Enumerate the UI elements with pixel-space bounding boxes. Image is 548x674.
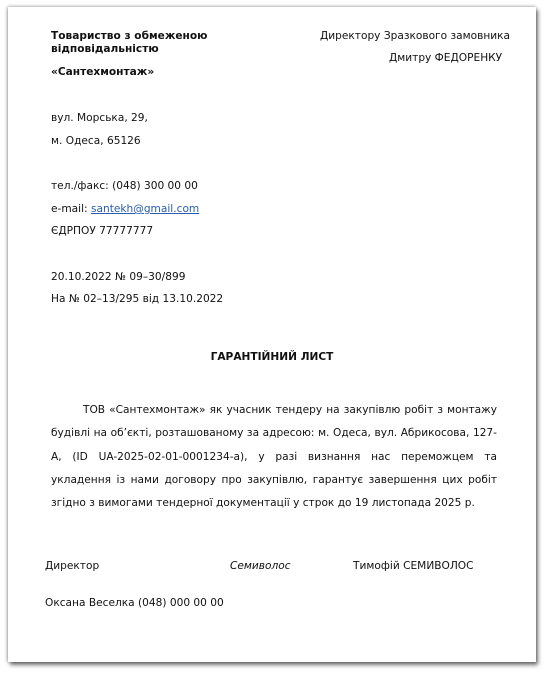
sender-address-line1: вул. Морська, 29, [51,112,148,125]
outgoing-reference: 20.10.2022 № 09–30/899 [51,271,185,284]
signature-position: Директор [45,560,99,573]
sender-org-line1: Товариство з обмеженою [51,30,207,43]
sender-email-row: e-mail: santekh@gmail.com [51,203,199,216]
signature-name: Тимофій СЕМИВОЛОС [353,560,474,573]
sender-address-line2: м. Одеса, 65126 [51,135,141,148]
signature-handwritten: Семиволос [230,560,291,573]
body-text: ТОВ «Сантехмонтаж» як учасник тендеру на… [51,404,497,509]
sender-org-line2: відповідальністю [51,43,159,56]
document-title: ГАРАНТІЙНИЙ ЛИСТ [8,351,536,363]
sender-phone: тел./факс: (048) 300 00 00 [51,180,198,193]
email-label: e-mail: [51,203,91,215]
sender-org-name: «Сантехмонтаж» [51,66,154,79]
body-paragraph: ТОВ «Сантехмонтаж» як учасник тендеру на… [51,399,497,515]
email-link[interactable]: santekh@gmail.com [91,203,199,215]
recipient-line1: Директору Зразкового замовника [320,30,510,43]
incoming-reference: На № 02–13/295 від 13.10.2022 [51,293,223,306]
recipient-line2: Дмитру ФЕДОРЕНКУ [389,52,502,65]
contact-person: Оксана Веселка (048) 000 00 00 [45,597,224,610]
document-page: Товариство з обмеженою відповідальністю … [8,7,536,662]
sender-edrpou: ЄДРПОУ 77777777 [51,225,153,238]
